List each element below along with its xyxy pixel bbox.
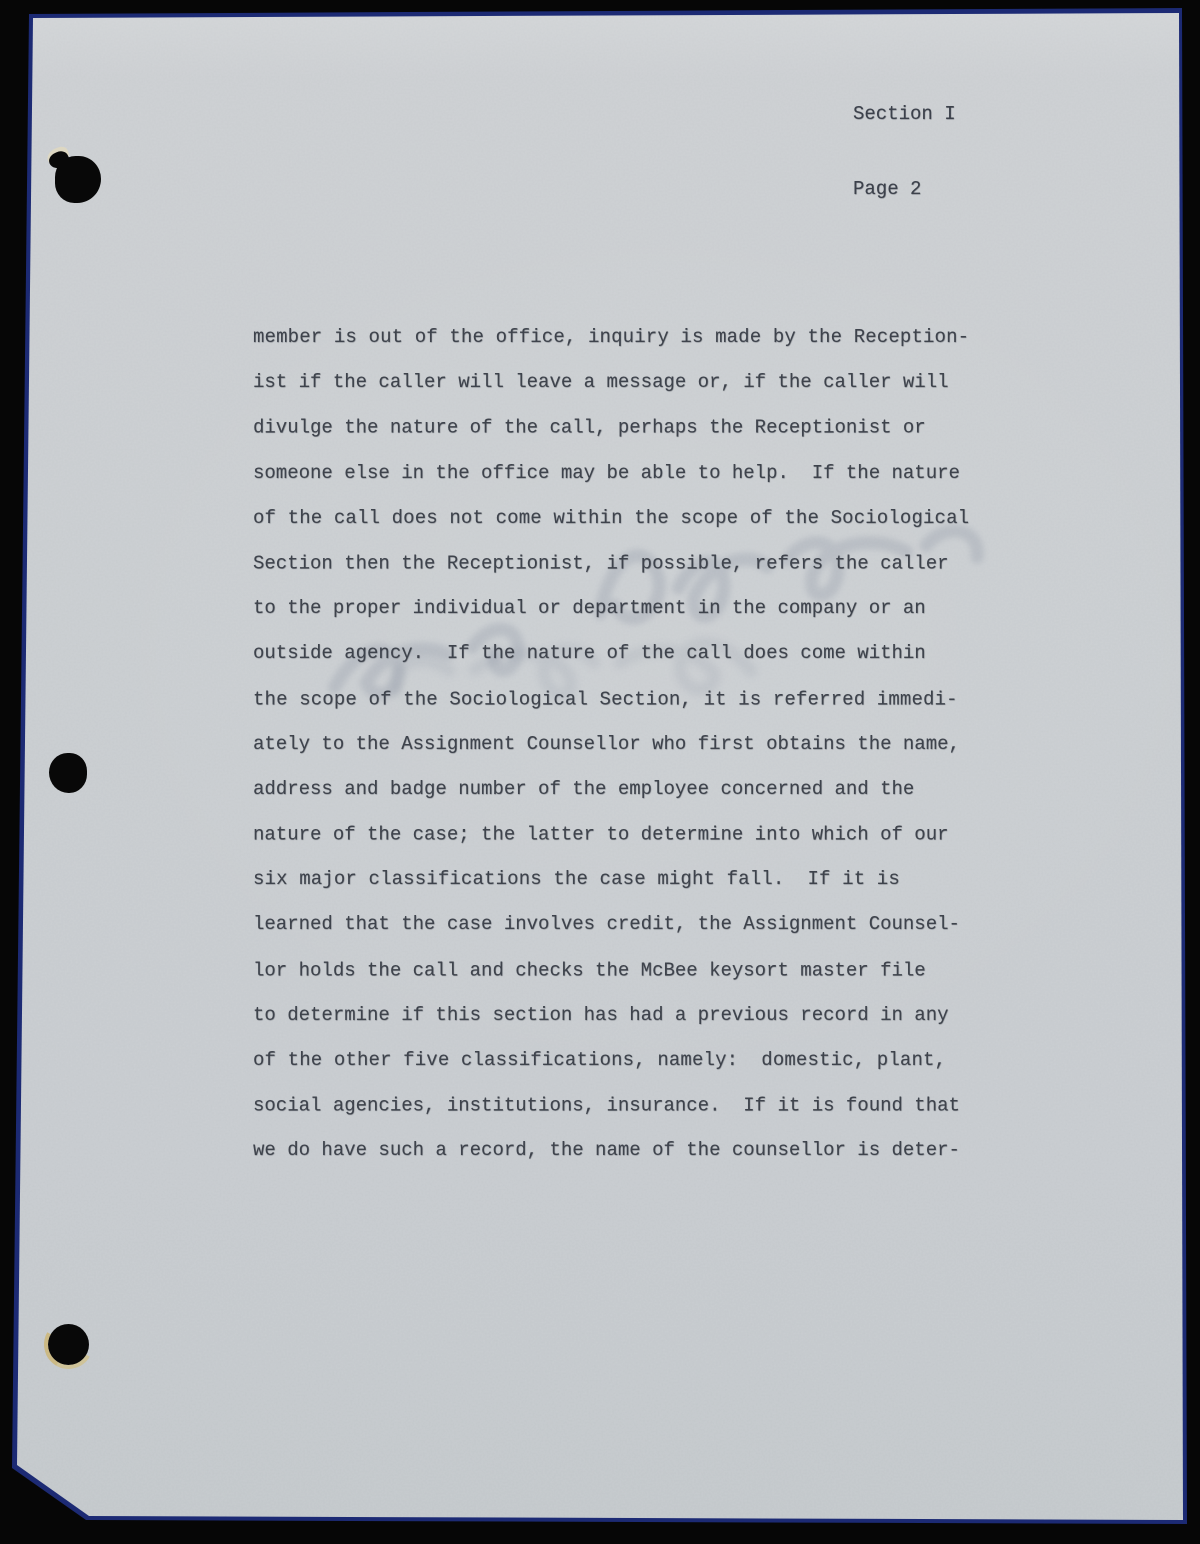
text-line: nature of the case; the latter to determ… bbox=[253, 824, 969, 869]
text-line: six major classifications the case might… bbox=[253, 868, 969, 913]
text-line: lor holds the call and checks the McBee … bbox=[253, 959, 969, 1004]
text-line: learned that the case involves credit, t… bbox=[253, 913, 969, 958]
scanned-page: Section I Page 2 member is out of the of… bbox=[0, 0, 1200, 1544]
punch-hole-middle bbox=[49, 753, 87, 793]
text-line: outside agency. If the nature of the cal… bbox=[253, 642, 969, 687]
typewritten-body: member is out of the office, inquiry is … bbox=[253, 326, 969, 1185]
text-line: of the other five classifications, namel… bbox=[253, 1049, 969, 1094]
text-line: of the call does not come within the sco… bbox=[253, 507, 969, 552]
paper-sheet: Section I Page 2 member is out of the of… bbox=[0, 0, 1200, 1544]
punch-hole-bottom bbox=[48, 1324, 89, 1365]
text-line: member is out of the office, inquiry is … bbox=[253, 326, 969, 371]
text-line: the scope of the Sociological Section, i… bbox=[253, 688, 969, 733]
text-line: address and badge number of the employee… bbox=[253, 778, 969, 823]
text-line: ately to the Assignment Counsellor who f… bbox=[253, 733, 969, 778]
text-line: to determine if this section has had a p… bbox=[253, 1004, 969, 1049]
text-line: Section then the Receptionist, if possib… bbox=[253, 552, 969, 597]
punch-hole-top bbox=[55, 156, 101, 203]
page-number: Page 2 bbox=[853, 177, 956, 202]
text-line: ist if the caller will leave a message o… bbox=[253, 371, 969, 416]
text-line: we do have such a record, the name of th… bbox=[253, 1139, 969, 1184]
section-label: Section I bbox=[853, 102, 956, 127]
text-line: someone else in the office may be able t… bbox=[253, 462, 969, 507]
page-header: Section I Page 2 bbox=[853, 52, 956, 252]
text-line: social agencies, institutions, insurance… bbox=[253, 1095, 969, 1140]
text-line: to the proper individual or department i… bbox=[253, 597, 969, 642]
text-line: divulge the nature of the call, perhaps … bbox=[253, 417, 969, 462]
